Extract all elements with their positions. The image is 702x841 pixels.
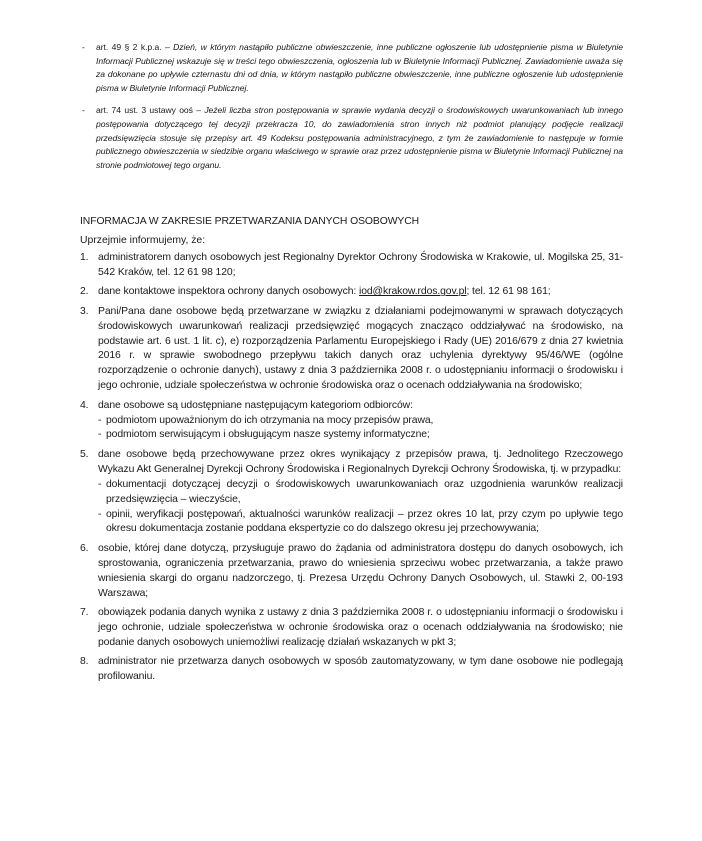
sub-item-text: dokumentacji dotyczącej decyzji o środow… <box>106 479 623 505</box>
sub-item-text: podmiotom upoważnionym do ich otrzymania… <box>106 415 433 426</box>
item-text: administrator nie przetwarza danych osob… <box>98 656 623 682</box>
quote-reference: art. 49 § 2 k.p.a. – <box>96 42 173 52</box>
quote-reference: art. 74 ust. 3 ustawy ooś – <box>96 105 204 115</box>
section-title: INFORMACJA W ZAKRESIE PRZETWARZANIA DANY… <box>80 216 623 227</box>
quote-art-49-kpa: - art. 49 § 2 k.p.a. – Dzień, w którym n… <box>80 41 623 95</box>
sub-dash: - <box>98 508 101 523</box>
list-item-rights: 6. osobie, której dane dotyczą, przysług… <box>80 542 623 602</box>
item-number: 3. <box>80 305 88 320</box>
data-processing-section: INFORMACJA W ZAKRESIE PRZETWARZANIA DANY… <box>80 216 623 689</box>
sub-dash: - <box>98 478 101 493</box>
item-number: 2. <box>80 285 88 300</box>
item-number: 5. <box>80 448 88 463</box>
list-item-inspector-contact: 2. dane kontaktowe inspektora ochrony da… <box>80 285 623 300</box>
quote-text: Dzień, w którym nastąpiło publiczne obwi… <box>96 42 623 93</box>
list-item-obligation: 7. obowiązek podania danych wynika z ust… <box>80 606 623 651</box>
section-intro: Uprzejmie informujemy, że: <box>80 234 623 248</box>
item-text: dane osobowe będą przechowywane przez ok… <box>98 448 623 478</box>
inspector-email-link[interactable]: iod@krakow.rdos.gov.pl <box>359 286 467 297</box>
list-item-automation: 8. administrator nie przetwarza danych o… <box>80 655 623 685</box>
item-number: 6. <box>80 542 88 557</box>
bullet-dash: - <box>82 104 85 118</box>
sub-item-text: opinii, weryfikacji postępowań, aktualno… <box>106 509 623 535</box>
item-text: osobie, której dane dotyczą, przysługuje… <box>98 543 623 599</box>
item-text: administratorem danych osobowych jest Re… <box>98 252 623 278</box>
sub-dash: - <box>98 414 101 429</box>
sub-item: -podmiotom serwisującym i obsługującym n… <box>98 428 623 443</box>
legal-quotes: - art. 49 § 2 k.p.a. – Dzień, w którym n… <box>80 41 623 181</box>
item-number: 1. <box>80 251 88 266</box>
item-text: ; tel. 12 61 98 161; <box>466 286 550 297</box>
processing-info-list: 1. administratorem danych osobowych jest… <box>80 251 623 685</box>
list-item-recipients: 4. dane osobowe są udostępniane następuj… <box>80 399 623 444</box>
item-text: dane osobowe są udostępniane następujący… <box>98 399 623 414</box>
sub-dash: - <box>98 428 101 443</box>
item-number: 4. <box>80 399 88 414</box>
list-item-legal-basis: 3. Pani/Pana dane osobowe będą przetwarz… <box>80 305 623 394</box>
item-text: obowiązek podania danych wynika z ustawy… <box>98 607 623 648</box>
item-number: 8. <box>80 655 88 670</box>
item-text: Pani/Pana dane osobowe będą przetwarzane… <box>98 306 623 392</box>
sub-item: -podmiotom upoważnionym do ich otrzymani… <box>98 414 623 429</box>
bullet-dash: - <box>82 41 85 55</box>
list-item-retention: 5. dane osobowe będą przechowywane przez… <box>80 448 623 537</box>
quote-art-74-oos: - art. 74 ust. 3 ustawy ooś – Jeżeli lic… <box>80 104 623 172</box>
sub-item-text: podmiotom serwisującym i obsługującym na… <box>106 429 430 440</box>
list-item-administrator: 1. administratorem danych osobowych jest… <box>80 251 623 281</box>
item-number: 7. <box>80 606 88 621</box>
sub-item: -opinii, weryfikacji postępowań, aktualn… <box>98 508 623 538</box>
item-text: dane kontaktowe inspektora ochrony danyc… <box>98 286 359 297</box>
sub-item: -dokumentacji dotyczącej decyzji o środo… <box>98 478 623 508</box>
